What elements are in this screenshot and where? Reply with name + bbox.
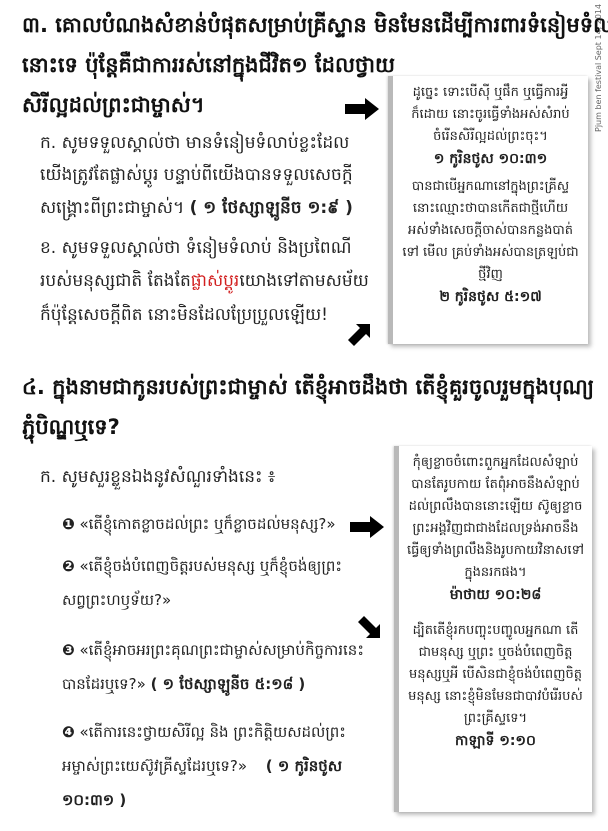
question-text-continued: បានដែរឬទេ?»	[62, 675, 146, 693]
scripture-reference: ( ១ ថែស្សាឡូនីច ៥:១៨ )	[151, 675, 306, 693]
scripture-reference-continued: ១០:៣១ )	[62, 786, 126, 814]
bullet-icon: ❶	[62, 515, 75, 533]
verse-text: បានជាបើអ្នកណានៅក្នុងព្រះគ្រីស្ទ នោះឈ្មោះ…	[401, 176, 580, 286]
question-text-continued: សព្វព្រះហឫទ័យ?»	[62, 586, 171, 614]
arrow-right-icon	[350, 516, 384, 538]
scripture-reference: ( ១ ថែស្សាឡូនីច ១:៩ )	[190, 198, 353, 218]
section3-heading-line2: នោះទេ ប៉ុន្តែគឺជាការរស់នៅក្នុងជីវិត១ ដែល…	[22, 46, 395, 84]
question-item: ❷ «តើខ្ញុំចង់បំពេញចិត្តរបស់មនុស្ស ឬក៏ខ្ញ…	[62, 552, 342, 580]
question-item: ❸ «តើខ្ញុំអាចអរព្រះគុណព្រះជាម្ចាស់សម្រាប…	[62, 636, 364, 664]
question-text: «តើខ្ញុំអាចអរព្រះគុណព្រះជាម្ចាស់សម្រាប់ក…	[79, 641, 363, 659]
question-item: ❹ «តើការនេះថ្វាយសិរីល្អ និង ព្រះកិត្តិយស…	[62, 718, 346, 746]
verse-reference: កាឡាទី ១:១០	[407, 730, 584, 752]
section3-point-b-line3: ក៏ប៉ុន្តែសេចក្តីពិត នោះមិនដែលប្រែប្រួលឡើ…	[40, 300, 328, 330]
scripture-box-section4: កុំឲ្យខ្លាចចំពោះពួកអ្នកដែលសំឡាប់បានតែរូប…	[394, 446, 592, 812]
text-segment: យោងទៅតាមសម័យ	[239, 271, 369, 291]
section4-heading-line2: ភ្ជុំបិណ្ឌឬទេ?	[22, 408, 120, 446]
verse-text: ដ្បិតតើខ្ញុំរកបញ្ចុះបញ្ចូលអ្នកណា តើជាមនុ…	[407, 620, 584, 730]
arrow-up-right-icon	[346, 322, 372, 348]
section3-point-b-line2: របស់មនុស្សជាតិ តែងតែផ្លាស់ប្តូរយោងទៅតាមស…	[40, 266, 369, 296]
section4-point-a: ក. សូមសួរខ្លួនឯងនូវសំណួរទាំងនេះ ៖	[40, 462, 275, 492]
verse-text: កុំឲ្យខ្លាចចំពោះពួកអ្នកដែលសំឡាប់បានតែរូប…	[407, 452, 584, 584]
scripture-box-section3: ដូច្នេះ ទោះបើស៊ី ឬផឹក ឬធ្វើការអ្វីក៏ដោយ …	[388, 76, 588, 344]
question-text: «តើការនេះថ្វាយសិរីល្អ និង ព្រះកិត្តិយសដល…	[79, 723, 345, 741]
section4-heading-line1: ៤. ក្នុងនាមជាកូនរបស់ព្រះជាម្ចាស់ តើខ្ញុំ…	[22, 368, 592, 406]
verse-reference: ម៉ាថាយ ១០:២៨	[407, 584, 584, 606]
question-text: «តើខ្ញុំកោតខ្លាចដល់ព្រះ ឬក៏ខ្លាចដល់មនុស្…	[79, 515, 335, 533]
section3-point-b-line1: ខ. សូមទទួលស្គាល់ថា ទំនៀមទំលាប់ និងប្រពៃណ…	[40, 233, 351, 263]
bullet-icon: ❷	[62, 557, 75, 575]
verse-reference: ២ កូរិនថូស ៥:១៧	[401, 286, 580, 308]
verse-text: ដូច្នេះ ទោះបើស៊ី ឬផឹក ឬធ្វើការអ្វីក៏ដោយ …	[401, 82, 580, 148]
question-text-continued: អម្ចាស់ព្រះយេស៊ូវគ្រីស្ទដែរឬទេ?»	[62, 757, 247, 775]
arrow-right-icon	[345, 98, 379, 120]
bullet-icon: ❹	[62, 723, 75, 741]
verse-reference: ១ កូរិនថូស ១០:៣១	[401, 148, 580, 170]
section3-point-a-line2: យើងត្រូវតែផ្លាស់ប្តូរ បន្ទាប់ពីយើងបានទទួ…	[40, 160, 353, 190]
question-item: ❶ «តើខ្ញុំកោតខ្លាចដល់ព្រះ ឬក៏ខ្លាចដល់មនុ…	[62, 510, 336, 538]
text-segment: របស់មនុស្សជាតិ តែងតែ	[40, 271, 191, 291]
section3-heading-line1: ៣. គោលបំណងសំខាន់បំផុតសម្រាប់គ្រីស្ទាន មិ…	[22, 6, 592, 44]
question-text: «តើខ្ញុំចង់បំពេញចិត្តរបស់មនុស្ស ឬក៏ខ្ញុំ…	[79, 557, 341, 575]
section3-point-a-line3: សង្គ្រោះពីព្រះជាម្ចាស់។	[40, 198, 184, 218]
bullet-icon: ❸	[62, 641, 75, 659]
section3-point-a-line1: ក. សូមទទួលស្គាល់ថា មានទំនៀមទំលាប់ខ្លះដែល	[40, 128, 349, 158]
section3-heading-line3: សិរីល្អដល់ព្រះជាម្ចាស់។	[22, 86, 205, 124]
scripture-reference: ( ១ កូរិនថូស	[266, 757, 342, 775]
highlighted-word: ផ្លាស់ប្តូរ	[191, 271, 240, 291]
